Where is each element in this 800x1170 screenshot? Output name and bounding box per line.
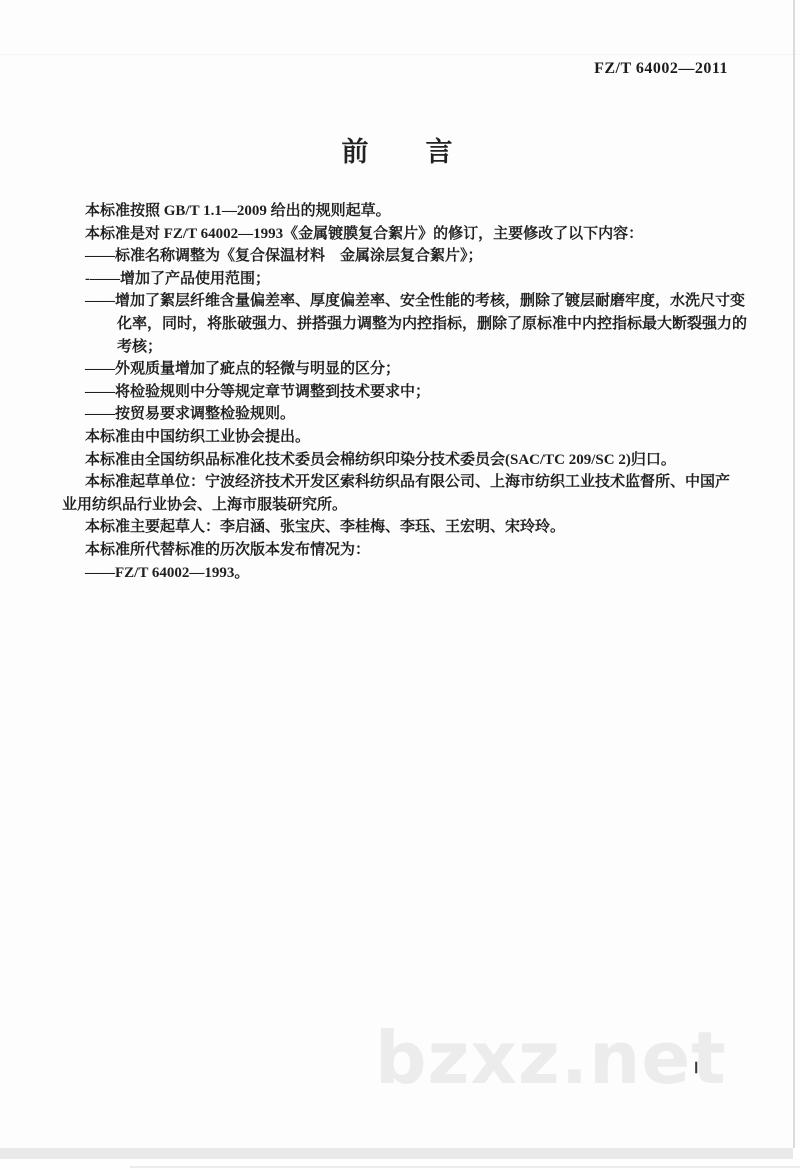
foreword-line: ——标准名称调整为《复合保温材料 金属涂层复合絮片》； — [62, 245, 742, 268]
foreword-line: 业用纺织品行业协会、上海市服装研究所。 — [62, 494, 742, 517]
foreword-line: 本标准所代替标准的历次版本发布情况为： — [62, 539, 742, 562]
foreword-line: 化率，同时，将胀破强力、拼搭强力调整为内控指标，删除了原标准中内控指标最大断裂强… — [62, 313, 742, 336]
document-page: FZ/T 64002—2011 前 言 本标准按照 GB/T 1.1—2009 … — [0, 0, 800, 1148]
foreword-line: 考核； — [62, 336, 742, 359]
page-gap-band — [0, 1148, 793, 1159]
foreword-line: ——FZ/T 64002—1993。 — [62, 562, 742, 585]
foreword-line: ——按贸易要求调整检验规则。 — [62, 403, 742, 426]
scan-artifact-line — [0, 54, 800, 55]
foreword-line: 本标准按照 GB/T 1.1—2009 给出的规则起草。 — [62, 200, 742, 223]
foreword-line: 本标准起草单位：宁波经济技术开发区索科纺织品有限公司、上海市纺织工业技术监督所、… — [62, 471, 742, 494]
foreword-body: 本标准按照 GB/T 1.1—2009 给出的规则起草。本标准是对 FZ/T 6… — [62, 200, 742, 584]
foreword-line: 本标准由中国纺织工业协会提出。 — [62, 426, 742, 449]
next-page-sliver — [0, 1159, 800, 1170]
page-number: Ⅰ — [694, 1059, 698, 1078]
foreword-line: ——将检验规则中分等规定章节调整到技术要求中； — [62, 381, 742, 404]
foreword-line: 本标准主要起草人：李启涵、张宝庆、李桂梅、李珏、王宏明、宋玲玲。 — [62, 516, 742, 539]
next-page-top-edge — [130, 1166, 800, 1168]
foreword-line: -——增加了产品使用范围； — [62, 268, 742, 291]
standard-code-header: FZ/T 64002—2011 — [594, 60, 728, 78]
foreword-title: 前 言 — [0, 130, 795, 169]
foreword-line: ——增加了絮层纤维含量偏差率、厚度偏差率、安全性能的考核，删除了镀层耐磨牢度，水… — [62, 290, 742, 313]
page-right-border — [793, 0, 795, 1148]
foreword-line: 本标准由全国纺织品标准化技术委员会棉纺织印染分技术委员会(SAC/TC 209/… — [62, 449, 742, 472]
watermark-text: bzxz.net — [375, 1022, 727, 1094]
foreword-line: ——外观质量增加了疵点的轻微与明显的区分； — [62, 358, 742, 381]
foreword-line: 本标准是对 FZ/T 64002—1993《金属镀膜复合絮片》的修订，主要修改了… — [62, 223, 742, 246]
